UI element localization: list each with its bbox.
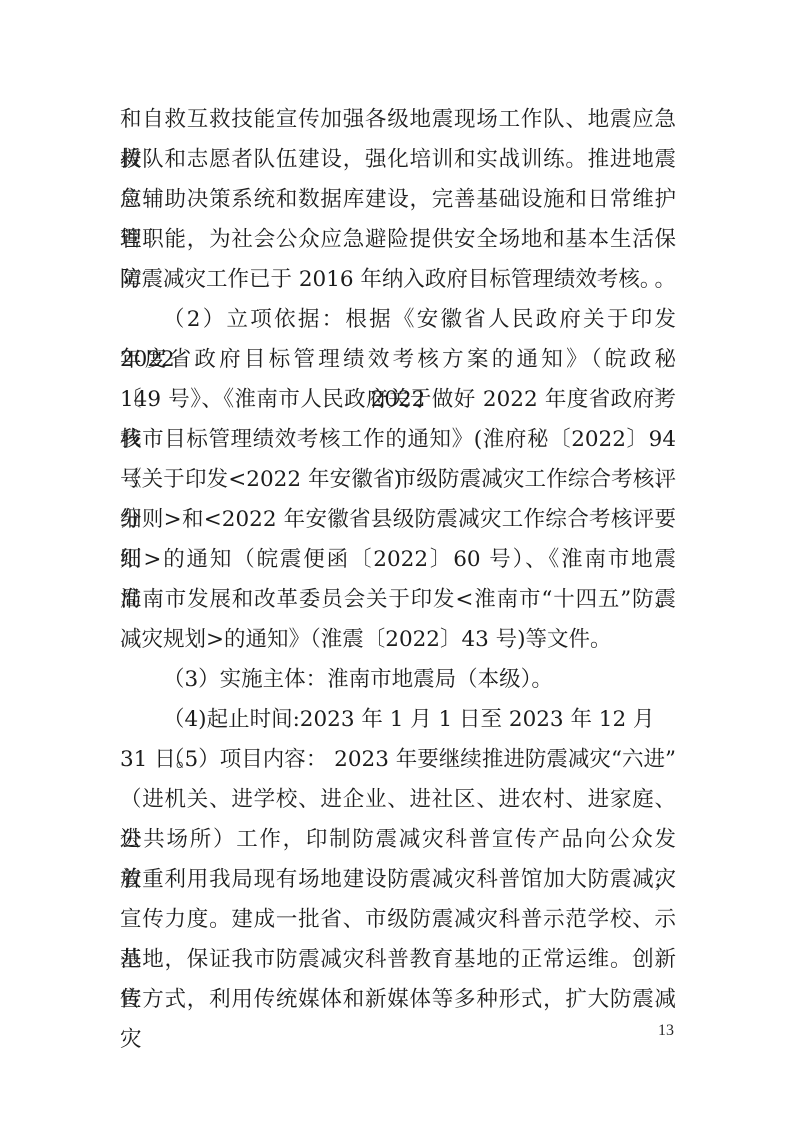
text-line: 宣传力度。建成一批省、市级防震减灾科普示范学校、示范 xyxy=(120,900,676,940)
text-line: 理职能，为社会公众应急避险提供安全场地和基本生活保障。 xyxy=(120,220,676,260)
text-line: 淮南市发展和改革委员会关于印发<淮南市“十四五”防震 xyxy=(120,580,676,620)
text-line: 急辅助决策系统和数据库建设，完善基础设施和日常维护管 xyxy=(120,180,676,220)
text-line: 细则>和<2022 年安徽省县级防震减灾工作综合考核评要细 xyxy=(120,500,676,540)
text-line: 传方式，利用传统媒体和新媒体等多种形式，扩大防震减灾 xyxy=(120,980,676,1020)
text-line: 援队和志愿者队伍建设，强化培训和实战训练。推进地震应 xyxy=(120,140,676,180)
text-line: 减灾规划>的通知》（淮震〔2022〕43 号)等文件。 xyxy=(120,620,676,660)
text-line: 149 号》、《淮南市人民政府关于做好 2022 年度省政府考核 xyxy=(120,380,676,420)
text-line: 《关于印发<2022 年安徽省市级防震减灾工作综合考核评分 xyxy=(120,460,676,500)
text-block: 和自救互救技能宣传加强各级地震现场工作队、地震应急救援队和志愿者队伍建设，强化培… xyxy=(120,100,676,1020)
document-page: 和自救互救技能宣传加强各级地震现场工作队、地震应急救援队和志愿者队伍建设，强化培… xyxy=(0,0,793,1122)
text-line: 着重利用我局现有场地建设防震减灾科普馆加大防震减灾 xyxy=(120,860,676,900)
text-line: （4)起止时间:2023 年 1 月 1 日至 2023 年 12 月 31 日… xyxy=(120,700,676,740)
text-line: 防震减灾工作已于 2016 年纳入政府目标管理绩效考核。 xyxy=(120,260,676,300)
text-line: （进机关、进学校、进企业、进社区、进农村、进家庭、进 xyxy=(120,780,676,820)
page-number: 13 xyxy=(612,1021,674,1040)
text-line: 基地，保证我市防震减灾科普教育基地的正常运维。创新宣 xyxy=(120,940,676,980)
text-line: 则>的通知（皖震便函〔2022〕60 号）、《淮南市地震局、 xyxy=(120,540,676,580)
text-line: （2）立项依据：根据《安徽省人民政府关于印发 2022 xyxy=(120,300,676,340)
text-line: 和自救互救技能宣传加强各级地震现场工作队、地震应急救 xyxy=(120,100,676,140)
text-line: 我市目标管理绩效考核工作的通知》(淮府秘〔2022〕94 号)、 xyxy=(120,420,676,460)
text-line: 年度省政府目标管理绩效考核方案的通知》（皖政秘〔2022〕 xyxy=(120,340,676,380)
text-line: 公共场所）工作，印制防震减灾科普宣传产品向公众发放， xyxy=(120,820,676,860)
text-line: （5）项目内容： 2023 年要继续推进防震减灾“六进” xyxy=(120,740,676,780)
text-line: （3）实施主体：淮南市地震局（本级）。 xyxy=(120,660,676,700)
